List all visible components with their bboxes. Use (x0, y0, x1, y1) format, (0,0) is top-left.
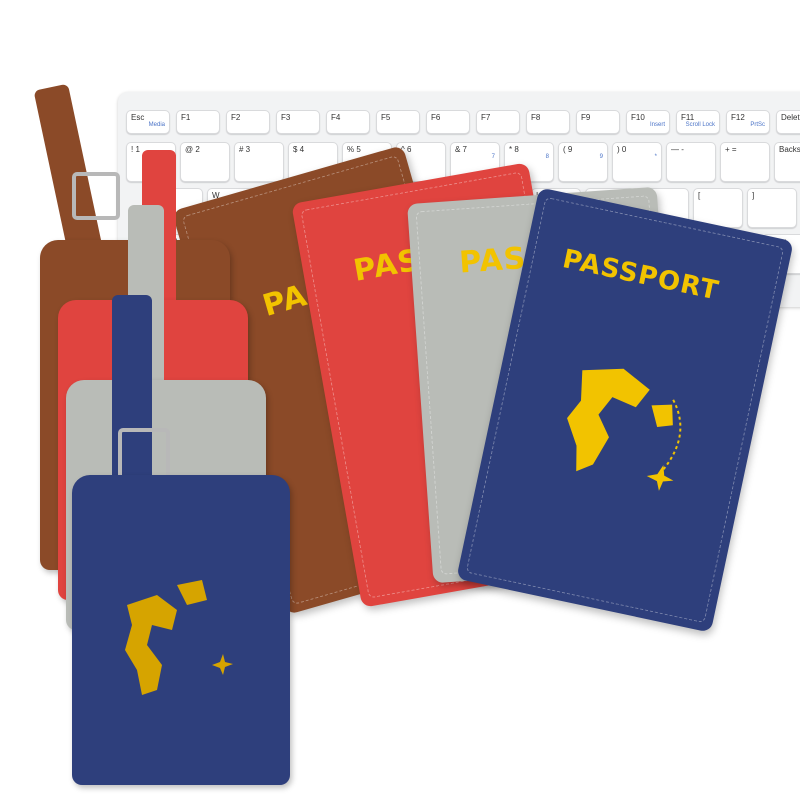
key-f4: F4 (326, 110, 370, 134)
key-f7: F7 (476, 110, 520, 134)
key-esc: EscMedia (126, 110, 170, 134)
key-f11: F11Scroll Lock (676, 110, 720, 134)
key-f5: F5 (376, 110, 420, 134)
key-11: + = (720, 142, 770, 182)
key-1: @ 2 (180, 142, 230, 182)
key-f12: F12PrtSc (726, 110, 770, 134)
key-f6: F6 (426, 110, 470, 134)
key-2: # 3 (234, 142, 284, 182)
key-9: ) 0* (612, 142, 662, 182)
key-f3: F3 (276, 110, 320, 134)
key-f9: F9 (576, 110, 620, 134)
key-f8: F8 (526, 110, 570, 134)
key-delete: Delete (776, 110, 800, 134)
key-12: Backspace (774, 142, 800, 182)
world-map-icon (117, 565, 247, 705)
buckle (72, 172, 120, 220)
key-f2: F2 (226, 110, 270, 134)
luggage-tag-navy (72, 475, 290, 785)
key-f10: F10Insert (626, 110, 670, 134)
key-8: ( 99 (558, 142, 608, 182)
world-map-icon (536, 347, 714, 525)
key-]: ] (747, 188, 797, 228)
key-10: — - (666, 142, 716, 182)
key-f1: F1 (176, 110, 220, 134)
